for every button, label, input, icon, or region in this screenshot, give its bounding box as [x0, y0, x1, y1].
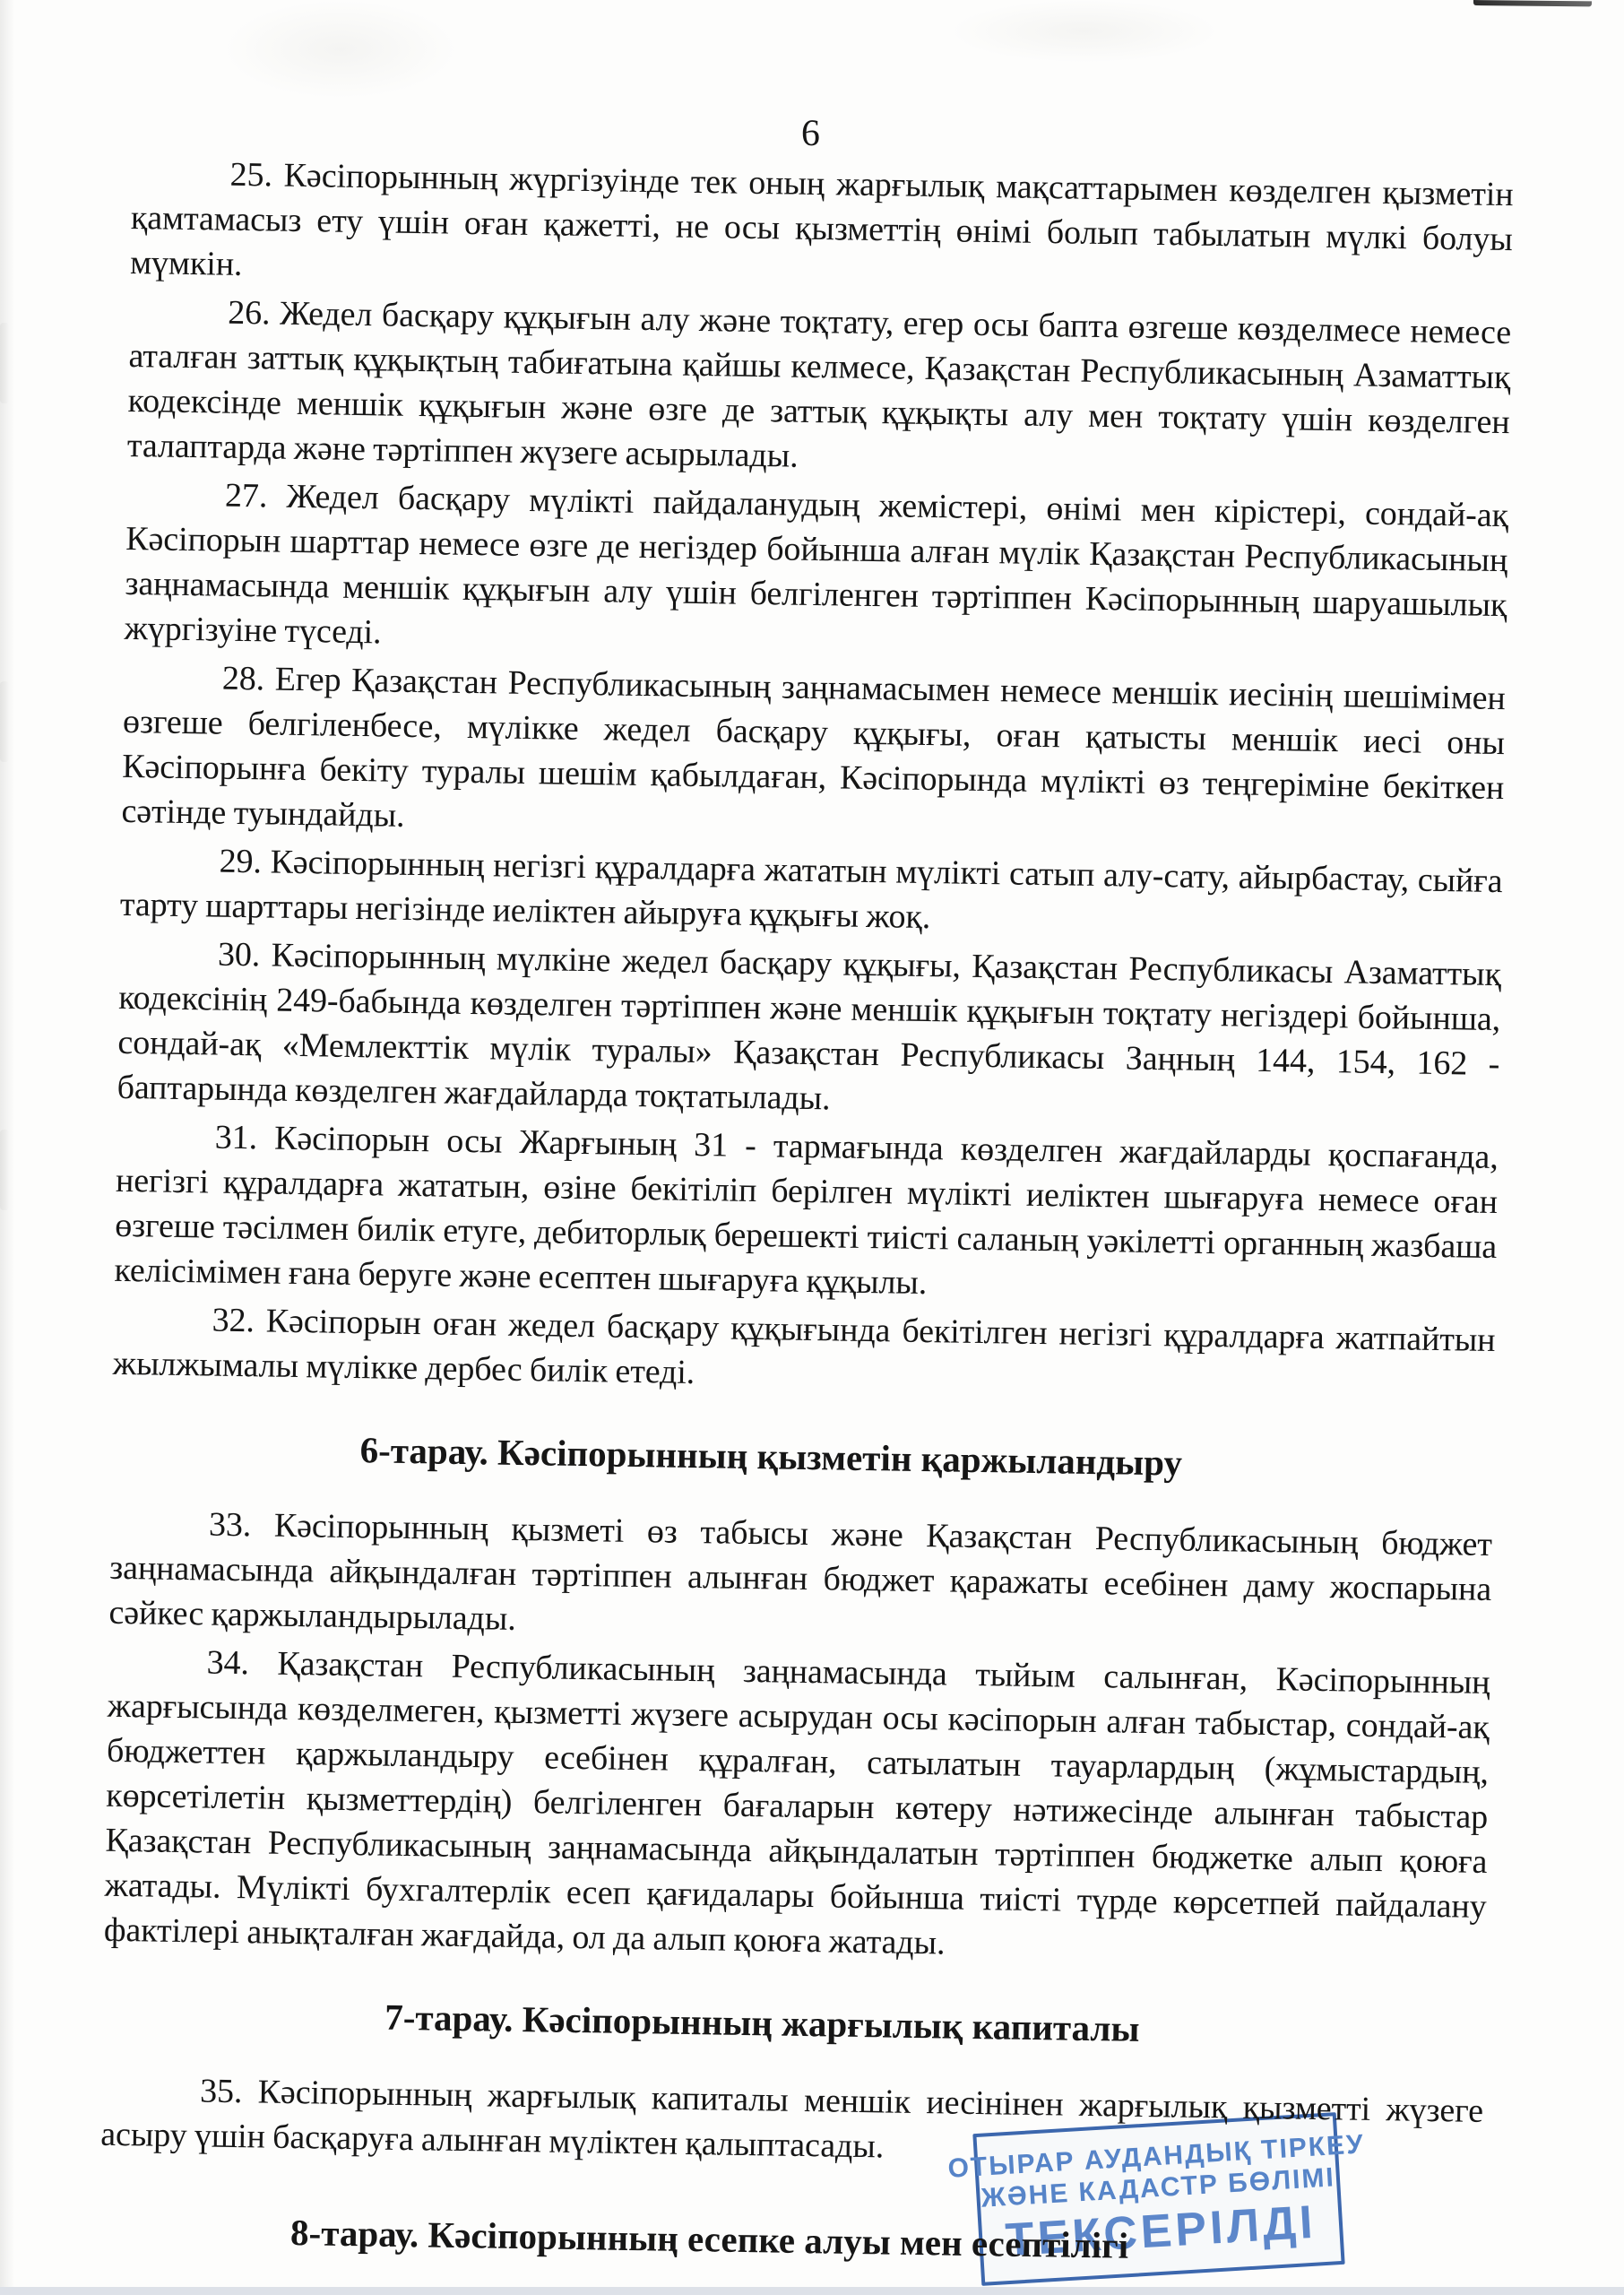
scanned-document-page: 6 25. Кәсіпорынның жүргізуінде тек оның …	[0, 0, 1624, 2295]
paragraph-29: 29. Кәсіпорынның негізгі құралдарға жата…	[120, 837, 1503, 948]
chapter-8-heading: 8-тарау. Кәсіпорынның есепке алуы мен ес…	[99, 2207, 1481, 2273]
chapter-7-heading: 7-тарау. Кәсіпорынның жарғылық капиталы	[102, 1990, 1485, 2057]
paragraph-28: 28. Егер Қазақстан Республикасының заңна…	[121, 654, 1506, 855]
scan-artifact-top-smudge	[950, 0, 1219, 63]
scan-artifact-top-smudge	[224, 0, 457, 99]
paragraph-25: 25. Кәсіпорынның жүргізуінде тек оның жа…	[130, 151, 1514, 307]
paragraph-33: 33. Кәсіпорынның қызметі өз табысы және …	[108, 1501, 1492, 1657]
paragraph-32: 32. Кәсіпорын оған жедел басқару құқығын…	[112, 1296, 1495, 1407]
paragraph-26: 26. Жедел басқару құқығын алу және тоқта…	[127, 289, 1512, 489]
scan-artifact-left-smudge	[0, 323, 9, 403]
scan-artifact-left-smudge	[0, 1130, 9, 1210]
paragraph-34: 34. Қазақстан Республикасының заңнамасын…	[104, 1639, 1490, 1974]
scan-artifact-left-smudge	[0, 681, 9, 762]
paragraph-27: 27. Жедел басқару мүлікті пайдаланудың ж…	[124, 472, 1508, 672]
paragraph-31: 31. Кәсіпорын осы Жарғының 31 - тармағын…	[114, 1113, 1499, 1314]
paragraph-30: 30. Кәсіпорынның мүлкіне жедел басқару қ…	[117, 931, 1501, 1131]
chapter-6-heading: 6-тарау. Кәсіпорынның қызметін қаржыланд…	[111, 1424, 1494, 1490]
scan-artifact-top-right-line	[1473, 0, 1592, 6]
document-text-block: 6 25. Кәсіпорынның жүргізуінде тек оның …	[99, 100, 1515, 2273]
paragraph-35: 35. Кәсіпорынның жарғылық капиталы менші…	[100, 2067, 1483, 2178]
scan-artifact-bottom-band	[0, 2287, 1624, 2295]
